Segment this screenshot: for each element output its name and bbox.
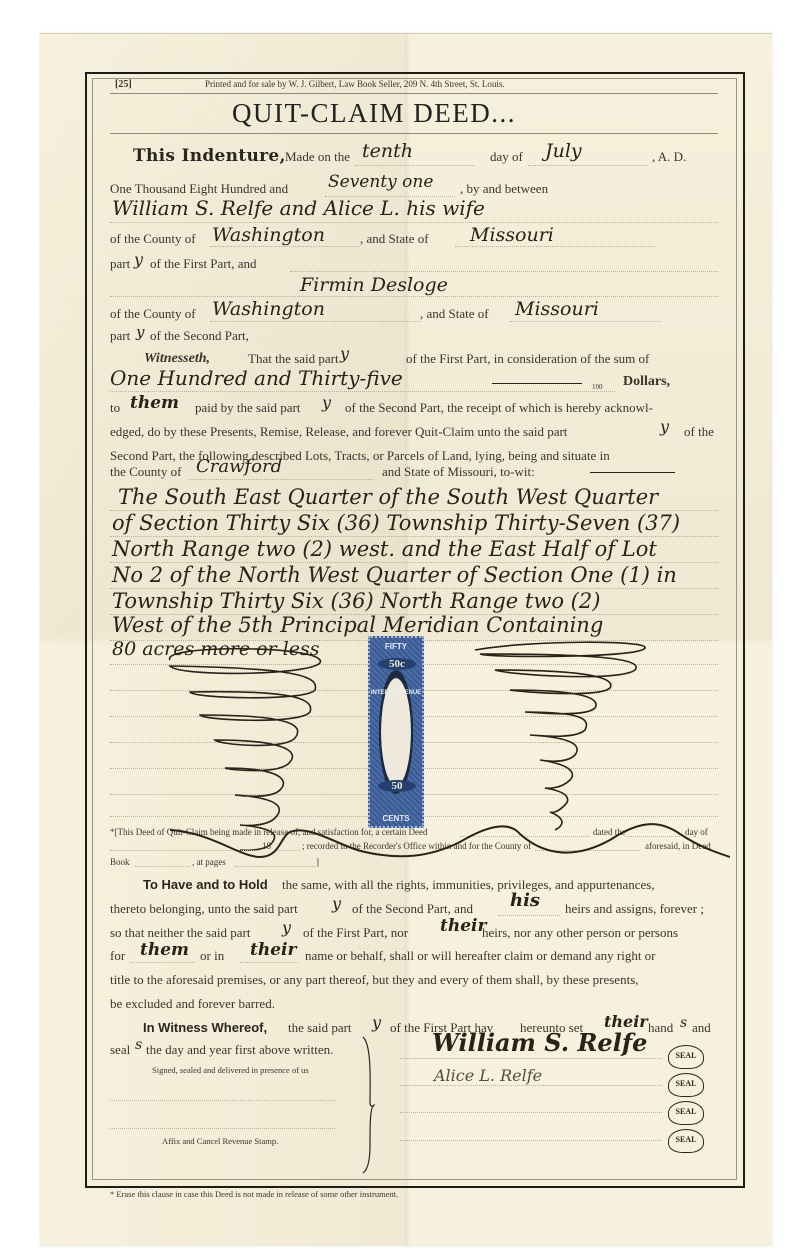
second-county-label: of the County of: [110, 306, 196, 322]
legal-line[interactable]: The South East Quarter of the South West…: [118, 485, 658, 509]
seal-2: SEAL: [668, 1073, 704, 1097]
revenue-stamp: FIFTY 50c INTER. REVENUE 50 CENTS: [368, 636, 424, 828]
second-part-label: part: [110, 328, 130, 344]
habendum-text1: the same, with all the rights, immunitie…: [282, 877, 655, 893]
seal-suffix[interactable]: s: [135, 1037, 142, 1053]
seal-prefix: seal: [110, 1042, 130, 1058]
habendum-text10: be excluded and forever barred.: [110, 996, 275, 1012]
second-party-line: [110, 296, 718, 297]
first-county-line: [210, 246, 360, 247]
first-part-label: part: [110, 256, 130, 272]
witness-hand-label: hand: [648, 1020, 673, 1036]
month-field-line: [528, 165, 648, 166]
first-county-value[interactable]: Washington: [212, 224, 325, 246]
habendum-text5: so that neither the said part: [110, 925, 250, 941]
second-state-line: [510, 321, 660, 322]
signature-line-2[interactable]: [400, 1085, 662, 1086]
hands-suffix[interactable]: s: [680, 1015, 687, 1031]
habendum-text9: title to the aforesaid premises, or any …: [110, 972, 639, 988]
first-part-suffix[interactable]: y: [134, 250, 143, 269]
legal-line[interactable]: North Range two (2) west. and the East H…: [112, 537, 657, 561]
second-party-name[interactable]: Firmin Desloge: [300, 274, 448, 296]
affix-stamp-label: Affix and Cancel Revenue Stamp.: [162, 1136, 278, 1146]
day-field-line: [355, 165, 475, 166]
seal-3: SEAL: [668, 1101, 704, 1125]
day-value[interactable]: tenth: [362, 140, 413, 162]
witness-brace-icon: [358, 1035, 378, 1175]
them-value[interactable]: them: [140, 940, 189, 960]
stamp-middle-text: INTER. REVENUE: [370, 690, 422, 696]
footnote: * Erase this clause in case this Deed is…: [110, 1189, 398, 1199]
ad-label: , A. D.: [652, 149, 686, 165]
indenture-lead: This Indenture,: [133, 146, 286, 166]
first-part-line: [290, 271, 718, 272]
printer-line: Printed and for sale by W. J. Gilbert, L…: [205, 79, 505, 89]
year-prefix: One Thousand Eight Hundred and: [110, 181, 288, 197]
second-state-value[interactable]: Missouri: [515, 298, 599, 320]
legal-line[interactable]: Township Thirty Six (36) North Range two…: [112, 589, 600, 613]
to-label: to: [110, 400, 120, 416]
second-county-line: [210, 321, 420, 322]
witnesseth-text6: of the: [684, 424, 714, 440]
signature-line-4[interactable]: [400, 1140, 662, 1141]
witnesseth-lead: Witnesseth,: [144, 351, 210, 367]
release-book: Book: [110, 857, 130, 867]
witnesseth-suffix2[interactable]: y: [322, 393, 331, 412]
habendum-text6: of the First Part, nor: [303, 925, 408, 941]
land-county-label: the County of: [110, 464, 182, 480]
day-of-label: day of: [490, 149, 523, 165]
witnesseth-suffix3[interactable]: y: [660, 417, 669, 436]
witness-and: and: [692, 1020, 711, 1036]
habendum-or-in: or in: [200, 948, 224, 964]
legal-line[interactable]: No 2 of the North West Quarter of Sectio…: [112, 563, 677, 587]
witnesseth-text2: of the First Part, in consideration of t…: [406, 351, 649, 367]
witnesseth-suffix1[interactable]: y: [340, 344, 349, 363]
to-value[interactable]: them: [130, 393, 179, 413]
their-value-2[interactable]: their: [250, 940, 296, 960]
document-title: QUIT-CLAIM DEED...: [232, 98, 516, 129]
land-state-text: and State of Missouri, to-wit:: [382, 464, 535, 480]
legal-line[interactable]: of Section Thirty Six (36) Township Thir…: [112, 511, 680, 535]
habendum-for: for: [110, 948, 125, 964]
signature-william: William S. Relfe: [432, 1028, 647, 1057]
first-party-names[interactable]: William S. Relfe and Alice L. his wife: [112, 196, 485, 220]
habendum-text3: of the Second Part, and: [352, 901, 473, 917]
amount-flourish: [492, 383, 582, 384]
stamp-value-bottom: 50: [378, 780, 416, 792]
witness-line-1[interactable]: [110, 1100, 335, 1101]
seal-4: SEAL: [668, 1129, 704, 1153]
release-strike-wave-icon: [170, 812, 730, 872]
form-number: [25]: [115, 79, 132, 90]
habendum-text8: name or behalf, shall or will hereafter …: [305, 948, 656, 964]
signature-alice: Alice L. Relfe: [434, 1066, 542, 1085]
second-part-text: of the Second Part,: [150, 328, 249, 344]
stamp-value-top: 50c: [378, 658, 416, 670]
witness-whereof-text5: the day and year first above written.: [146, 1042, 333, 1058]
habendum-text2: thereto belonging, unto the said part: [110, 901, 298, 917]
cents-label: 100: [592, 383, 603, 391]
witnesseth-text4: of the Second Part, the receipt of which…: [345, 400, 653, 416]
made-on-label: Made on the: [285, 149, 350, 165]
amount-value[interactable]: One Hundred and Thirty-five: [110, 366, 403, 390]
first-party-line: [110, 222, 718, 223]
first-part-text: of the First Part, and: [150, 256, 257, 272]
signature-line-3[interactable]: [400, 1112, 662, 1113]
first-state-line: [455, 246, 655, 247]
amount-line: [110, 391, 615, 392]
their-value[interactable]: their: [440, 916, 486, 936]
legal-line[interactable]: West of the 5th Principal Meridian Conta…: [112, 613, 603, 637]
witnesseth-text1: That the said part: [248, 351, 339, 367]
land-county-value[interactable]: Crawford: [196, 456, 282, 477]
habendum-text7: heirs, nor any other person or persons: [482, 925, 678, 941]
witnesseth-text5: edged, do by these Presents, Remise, Rel…: [110, 424, 567, 440]
cancellation-scrawl-right-icon: [470, 640, 700, 840]
witnesseth-text7: Second Part, the following described Lot…: [110, 448, 610, 464]
second-county-value[interactable]: Washington: [212, 298, 325, 320]
year-value[interactable]: Seventy one: [328, 172, 433, 192]
stamp-top-text: FIFTY: [370, 642, 422, 651]
habendum-lead: To Have and to Hold: [143, 877, 268, 892]
witness-whereof-text1: the said part: [288, 1020, 352, 1036]
first-state-value[interactable]: Missouri: [470, 224, 554, 246]
witness-whereof-suffix[interactable]: y: [372, 1013, 381, 1032]
habendum-suffix1[interactable]: y: [332, 894, 341, 913]
header-rule: [110, 93, 718, 94]
his-value[interactable]: his: [510, 890, 540, 911]
month-value[interactable]: July: [545, 140, 582, 162]
second-part-suffix[interactable]: y: [136, 323, 144, 341]
by-and-between: , by and between: [460, 181, 548, 197]
first-county-label: of the County of: [110, 231, 196, 247]
witness-line-2[interactable]: [110, 1128, 335, 1129]
title-rule: [110, 133, 718, 134]
witness-whereof-lead: In Witness Whereof,: [143, 1020, 267, 1035]
habendum-suffix2[interactable]: y: [282, 918, 291, 937]
habendum-text4: heirs and assigns, forever ;: [565, 901, 704, 917]
presence-label: Signed, sealed and delivered in presence…: [152, 1065, 309, 1075]
signature-line-1[interactable]: [400, 1058, 662, 1059]
first-state-label: , and State of: [360, 231, 429, 247]
second-state-label: , and State of: [420, 306, 489, 322]
seal-1: SEAL: [668, 1045, 704, 1069]
dollars-label: Dollars,: [623, 374, 670, 390]
witnesseth-text3: paid by the said part: [195, 400, 300, 416]
towit-flourish: [590, 472, 675, 473]
land-county-line: [188, 479, 373, 480]
